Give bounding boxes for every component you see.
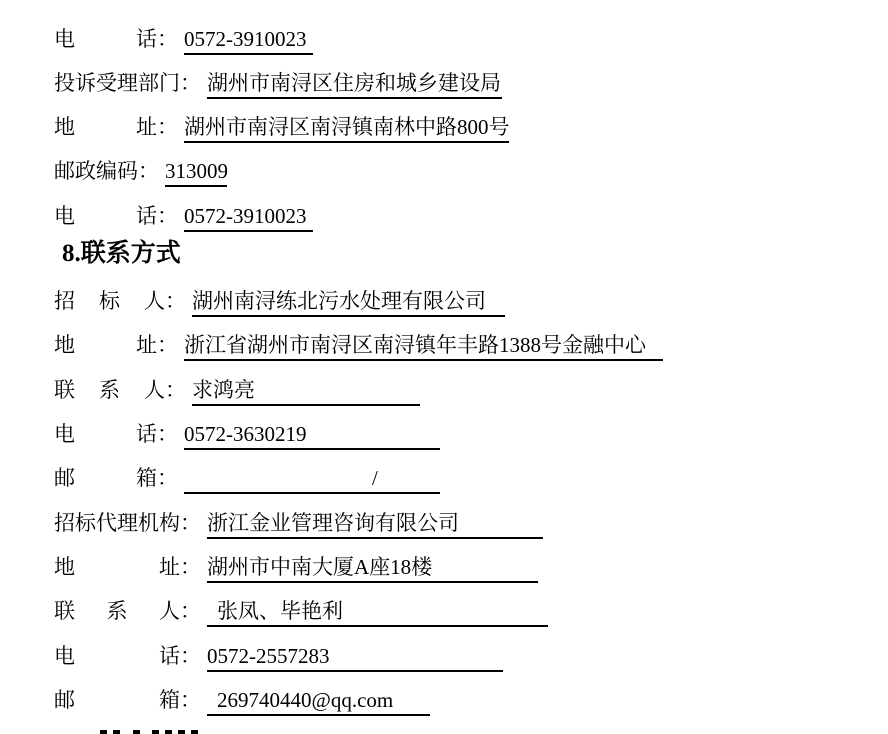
clipped-next-line: [100, 730, 204, 734]
field-value: 0572-3630219: [184, 421, 440, 450]
field-address-1: 地址：湖州市南浔区南浔镇南林中路800号: [54, 114, 509, 143]
field-agency: 招标代理机构：浙江金业管理咨询有限公司: [54, 510, 543, 539]
field-value: 浙江金业管理咨询有限公司: [207, 510, 543, 539]
field-agency-address: 地址：湖州市中南大厦A座18楼: [54, 554, 538, 583]
field-value: 湖州市南浔区南浔镇南林中路800号: [184, 114, 509, 143]
field-phone-2: 电话：0572-3910023: [54, 203, 313, 232]
field-value: 0572-3910023: [184, 203, 313, 232]
field-tenderer-phone: 电话：0572-3630219: [54, 421, 440, 450]
field-label: 电话: [54, 643, 180, 670]
field-value: 湖州市南浔区住房和城乡建设局: [207, 70, 502, 99]
field-label: 电话: [54, 421, 157, 448]
colon: ：: [157, 465, 178, 492]
field-value: 浙江省湖州市南浔区南浔镇年丰路1388号金融中心: [184, 332, 663, 361]
colon: ：: [138, 158, 159, 185]
field-phone-1: 电话：0572-3910023: [54, 26, 313, 55]
field-label: 邮政编码: [54, 158, 138, 185]
field-value: 张凤、毕艳利: [207, 598, 548, 627]
field-label: 电话: [54, 203, 157, 230]
slash-mark: /: [372, 465, 378, 492]
field-tenderer-address: 地址：浙江省湖州市南浔区南浔镇年丰路1388号金融中心: [54, 332, 663, 361]
field-label: 联系人: [54, 598, 180, 625]
colon: ：: [180, 598, 201, 625]
colon: ：: [180, 554, 201, 581]
field-label: 邮箱: [54, 465, 157, 492]
field-value: 湖州南浔练北污水处理有限公司: [192, 288, 505, 317]
field-label: 投诉受理部门: [54, 70, 180, 97]
field-value: 湖州市中南大厦A座18楼: [207, 554, 538, 583]
field-agency-email: 邮箱：269740440@qq.com: [54, 687, 430, 716]
colon: ：: [180, 643, 201, 670]
field-label: 联系人: [54, 377, 165, 404]
colon: ：: [180, 687, 201, 714]
colon: ：: [157, 332, 178, 359]
field-agency-phone: 电话：0572-2557283: [54, 643, 503, 672]
colon: ：: [157, 114, 178, 141]
colon: ：: [157, 26, 178, 53]
colon: ：: [180, 510, 201, 537]
colon: ：: [180, 70, 201, 97]
field-tenderer-email: 邮箱：/: [54, 465, 440, 494]
field-tenderer: 招标人：湖州南浔练北污水处理有限公司: [54, 288, 505, 317]
field-label: 地址: [54, 114, 157, 141]
field-value: /: [184, 465, 440, 494]
field-value: 269740440@qq.com: [207, 687, 430, 716]
colon: ：: [157, 421, 178, 448]
field-label: 招标人: [54, 288, 165, 315]
field-complaint-department: 投诉受理部门：湖州市南浔区住房和城乡建设局: [54, 70, 502, 99]
colon: ：: [157, 203, 178, 230]
colon: ：: [165, 377, 186, 404]
field-tenderer-contact: 联系人：求鸿亮: [54, 377, 420, 406]
field-label: 地址: [54, 332, 157, 359]
field-postal-code: 邮政编码：313009: [54, 158, 227, 187]
document-page: 电话：0572-3910023 投诉受理部门：湖州市南浔区住房和城乡建设局 地址…: [0, 0, 888, 734]
field-value: 求鸿亮: [192, 377, 420, 406]
field-value: 313009: [165, 158, 227, 187]
field-value: 0572-2557283: [207, 643, 503, 672]
colon: ：: [165, 288, 186, 315]
field-value: 0572-3910023: [184, 26, 313, 55]
field-label: 电话: [54, 26, 157, 53]
field-agency-contact: 联系人：张凤、毕艳利: [54, 598, 548, 627]
field-label: 招标代理机构: [54, 510, 180, 537]
field-label: 地址: [54, 554, 180, 581]
field-label: 邮箱: [54, 687, 180, 714]
section-heading: 8.联系方式: [62, 240, 181, 268]
